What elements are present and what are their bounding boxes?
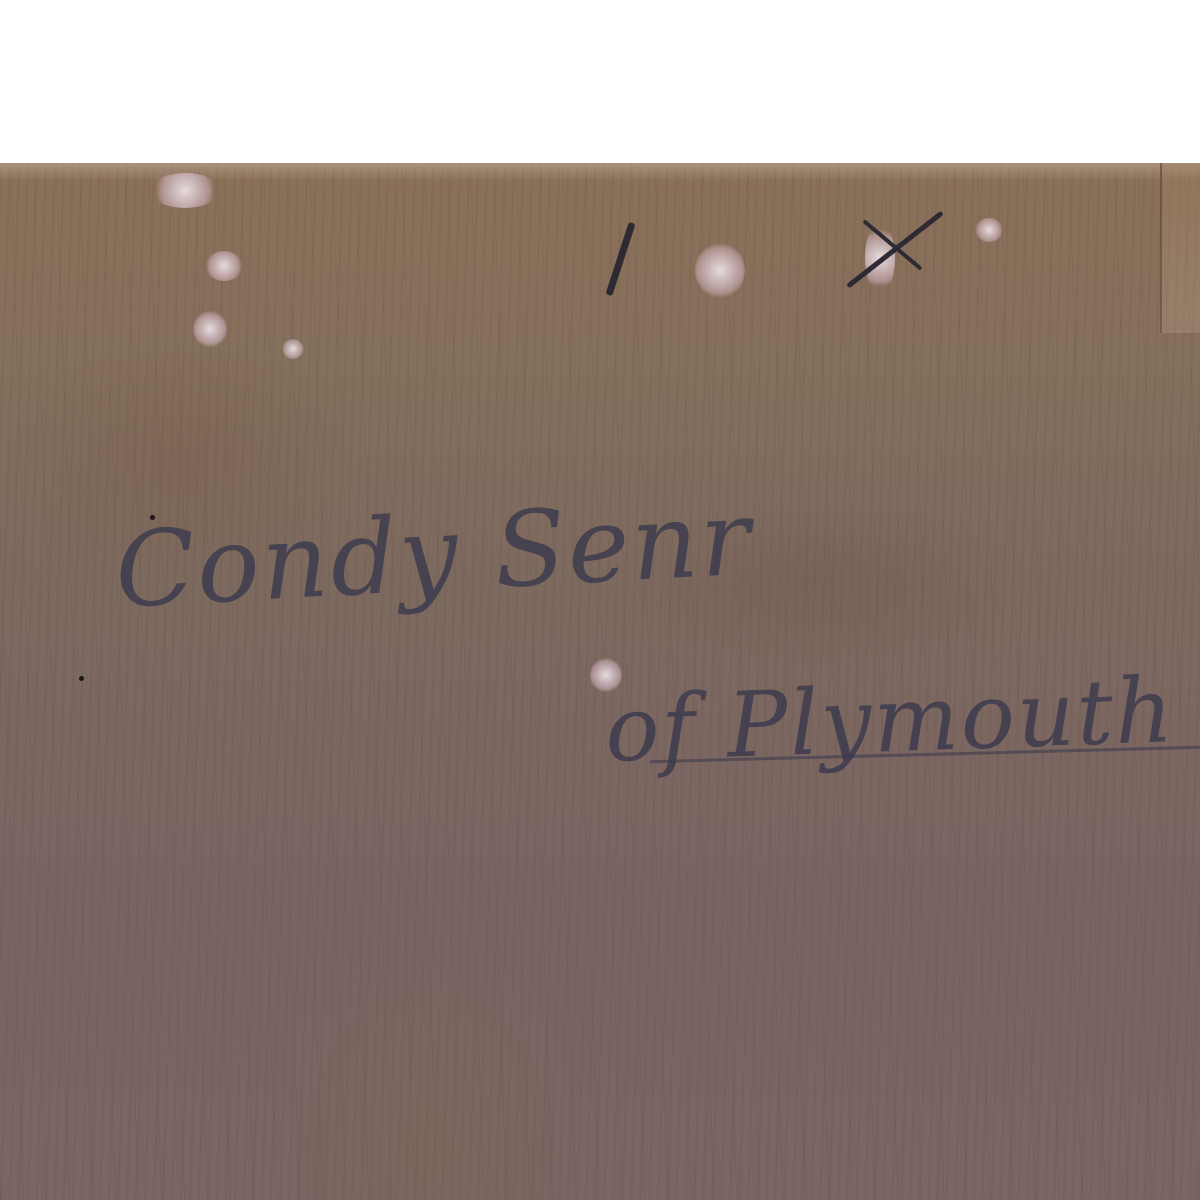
paint-dab xyxy=(150,173,220,208)
panel-edge-strip xyxy=(1160,163,1200,333)
inscription-line-1: Condy Senr xyxy=(112,476,755,631)
inscription-line-2: of Plymouth xyxy=(603,658,1176,783)
paint-dab xyxy=(193,311,227,347)
paint-dab xyxy=(975,218,1003,242)
nail-hole xyxy=(79,676,84,681)
paint-dab xyxy=(282,339,304,359)
wooden-panel: Condy Senr of Plymouth xyxy=(0,163,1200,1200)
pencil-stroke-mark xyxy=(605,222,635,296)
paint-dab xyxy=(695,243,745,298)
white-backdrop xyxy=(0,0,1200,163)
paint-dab xyxy=(205,251,243,281)
